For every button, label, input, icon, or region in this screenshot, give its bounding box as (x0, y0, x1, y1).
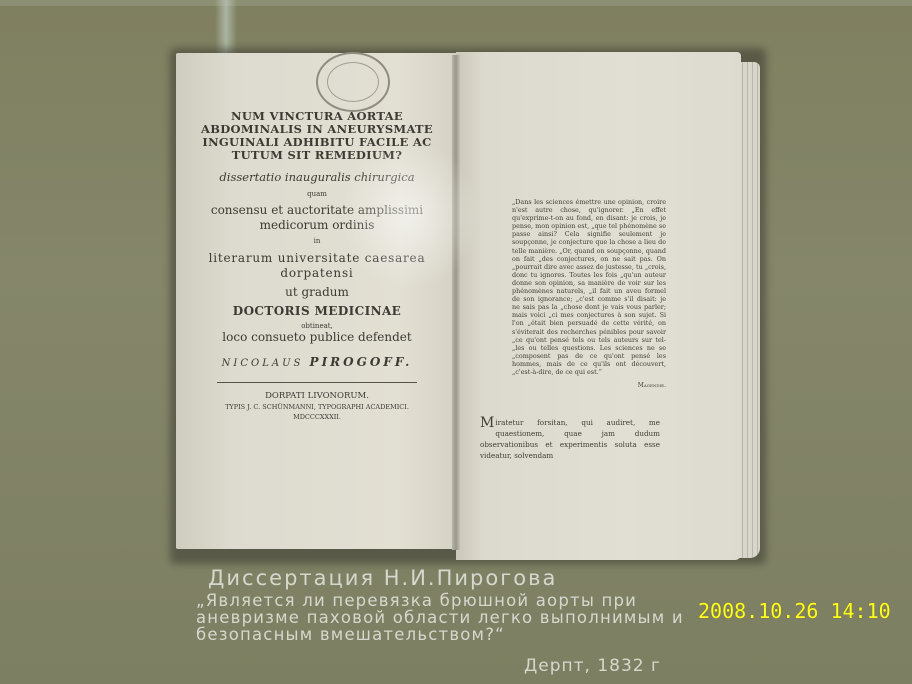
author-last-name: PIROGOFF. (310, 355, 413, 369)
imprint-year: MDCCCXXXII. (186, 412, 448, 422)
caption-title: Диссертация Н.И.Пирогова (208, 566, 706, 590)
drop-cap: M (480, 417, 494, 429)
author-first-name: NICOLAUS (222, 358, 304, 369)
plastic-glare (340, 140, 480, 290)
light-glare (215, 0, 237, 55)
epigraph-text: „Dans les sciences émettre une opinion, … (512, 198, 666, 376)
exhibit-caption: Диссертация Н.И.Пирогова „Является ли пе… (196, 566, 706, 643)
display-case-edge (0, 0, 912, 6)
imprint-printer: TYPIS J. C. SCHÜNMANNI, TYPOGRAPHI ACADE… (186, 402, 448, 412)
camera-timestamp: 2008.10.26 14:10 (698, 599, 891, 623)
body-text: Miratetur forsitan, qui audiret, me quae… (480, 417, 660, 461)
caption-place-year: Дерпт, 1832 г (524, 656, 661, 676)
degree-text: DOCTORIS MEDICINAE (186, 304, 448, 318)
book-gutter (452, 55, 460, 550)
divider-rule (217, 382, 417, 383)
author-name: NICOLAUS PIROGOFF. (186, 355, 448, 369)
epigraph-author: Magendie. (512, 382, 666, 390)
library-stamp (316, 52, 390, 112)
obtineat-text: obtineat, (186, 322, 448, 330)
imprint-place: DORPATI LIVONORUM. (186, 391, 448, 402)
body-paragraph: iratetur forsitan, qui audiret, me quaes… (480, 418, 660, 460)
epigraph: „Dans les sciences émettre une opinion, … (512, 198, 666, 390)
caption-question: „Является ли перевязка брюшной аорты при… (196, 592, 706, 643)
defendet-text: loco consueto publice defendet (186, 330, 448, 345)
